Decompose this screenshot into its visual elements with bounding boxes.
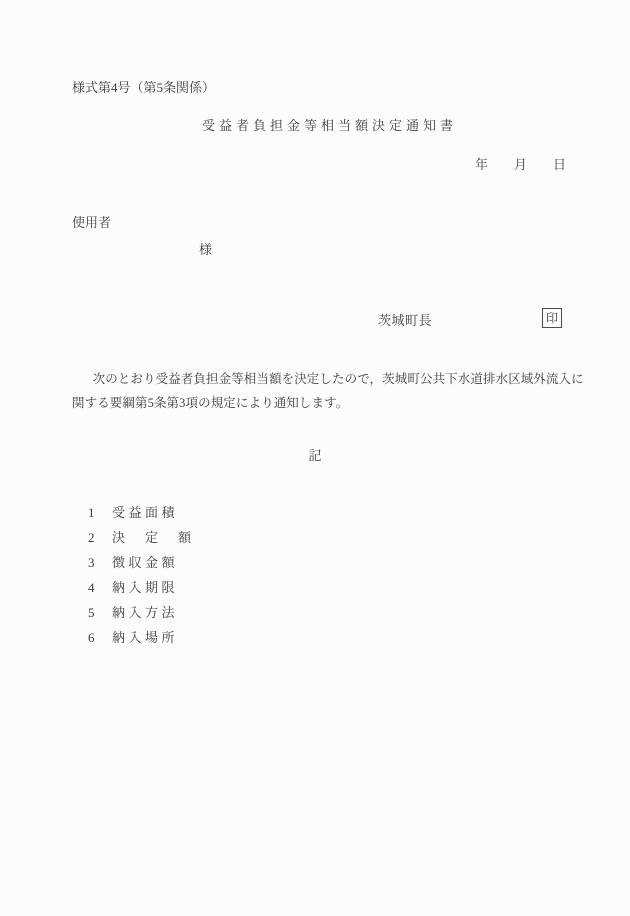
seal-mark: 印 <box>546 312 558 324</box>
list-item: 5納入方法 <box>88 600 195 625</box>
sender-name: 茨城町長 <box>378 313 432 329</box>
ki-marker: 記 <box>0 448 630 464</box>
body-line-1: 次のとおり受益者負担金等相当額を決定したので，茨城町公共下水道排水区域外流入に <box>72 371 584 387</box>
item-number: 3 <box>88 550 112 575</box>
document-page: 様式第4号（第5条関係） 受益者負担金等相当額決定通知書 年 月 日 使用者 様… <box>0 0 630 916</box>
item-number: 5 <box>88 600 112 625</box>
list-item: 4納入期限 <box>88 575 195 600</box>
item-label: 納入期限 <box>112 580 178 595</box>
item-number: 6 <box>88 625 112 650</box>
body-line-2: 関する要綱第5条第3項の規定により通知します。 <box>72 395 348 411</box>
list-item: 6納入場所 <box>88 625 195 650</box>
item-label: 受益面積 <box>112 505 178 520</box>
item-number: 4 <box>88 575 112 600</box>
seal-box: 印 <box>542 308 562 328</box>
addressee-label: 使用者 <box>72 215 111 231</box>
items-list: 1受益面積 2決 定 額 3徴収金額 4納入期限 5納入方法 6納入場所 <box>88 500 195 650</box>
list-item: 3徴収金額 <box>88 550 195 575</box>
date-line: 年 月 日 <box>475 157 566 173</box>
document-title: 受益者負担金等相当額決定通知書 <box>202 118 457 134</box>
form-number: 様式第4号（第5条関係） <box>72 80 215 96</box>
item-label: 決 定 額 <box>112 530 195 545</box>
item-label: 徴収金額 <box>112 555 178 570</box>
list-item: 1受益面積 <box>88 500 195 525</box>
item-label: 納入場所 <box>112 630 178 645</box>
list-item: 2決 定 額 <box>88 525 195 550</box>
item-number: 2 <box>88 525 112 550</box>
item-number: 1 <box>88 500 112 525</box>
item-label: 納入方法 <box>112 605 178 620</box>
honorific-sama: 様 <box>199 242 212 258</box>
